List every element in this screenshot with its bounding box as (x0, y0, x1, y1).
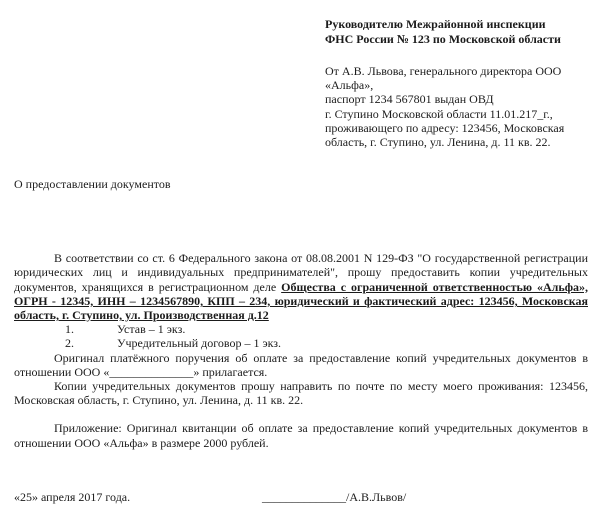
document-date: «25» апреля 2017 года. (14, 490, 130, 504)
recipient-block: Руководителю Межрайонной инспекции ФНС Р… (325, 17, 591, 47)
signature-line: ______________ (262, 490, 346, 504)
paragraph-attachment: Приложение: Оригинал квитанции об оплате… (14, 421, 588, 449)
paragraph-legal-basis: В соответствии со ст. 6 Федерального зак… (14, 251, 588, 322)
signature-row: «25» апреля 2017 года. ______________/А.… (14, 490, 588, 504)
document-page: Руководителю Межрайонной инспекции ФНС Р… (0, 0, 600, 528)
list-item-text: Устав – 1 экз. (117, 322, 185, 336)
recipient-line-2: ФНС России № 123 по Московской области (325, 32, 591, 47)
list-item-number: 2. (65, 336, 117, 350)
sender-block: От А.В. Львова, генерального директора О… (325, 64, 591, 149)
paragraph-payment-original: Оригинал платёжного поручения об оплате … (14, 351, 588, 379)
subject-line: О предоставлении документов (14, 177, 588, 191)
list-item-dogovor: 2.Учредительный договор – 1 экз. (14, 336, 588, 350)
signature-name: /А.В.Львов/ (346, 490, 406, 504)
list-item-text: Учредительный договор – 1 экз. (117, 336, 281, 350)
recipient-line-1: Руководителю Межрайонной инспекции (325, 17, 591, 32)
list-item-ustav: 1.Устав – 1 экз. (14, 322, 588, 336)
paragraph-mailing-address: Копии учредительных документов прошу нап… (14, 379, 588, 407)
signature-block: ______________/А.В.Львов/ (262, 490, 406, 504)
address-block: Руководителю Межрайонной инспекции ФНС Р… (325, 17, 591, 149)
documents-list: 1.Устав – 1 экз. 2.Учредительный договор… (14, 322, 588, 350)
list-item-number: 1. (65, 322, 117, 336)
